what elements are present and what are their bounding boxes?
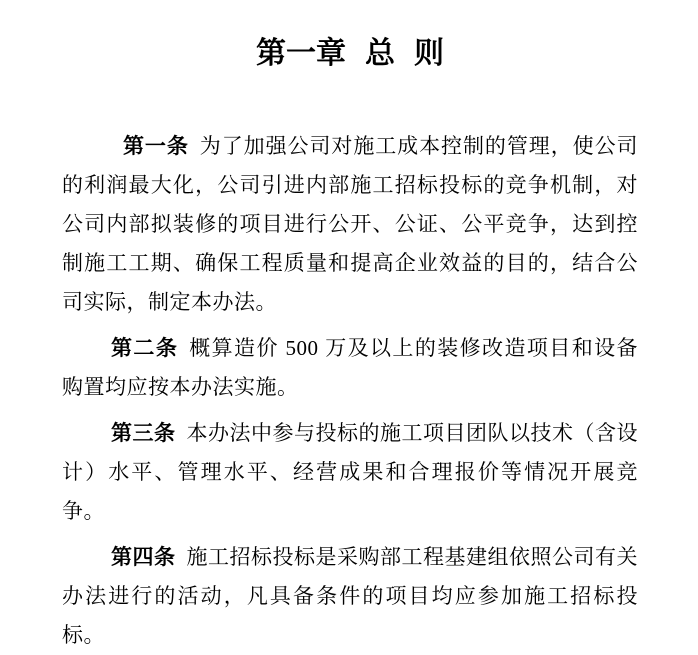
paragraph-article-3: 第三条本办法中参与投标的施工项目团队以技术（含设计）水平、管理水平、经营成果和合…: [62, 414, 638, 531]
chapter-title-word-2: 则: [414, 37, 444, 70]
paragraph-article-1: 第一条为了加强公司对施工成本控制的管理，使公司的利润最大化，公司引进内部施工招标…: [62, 127, 638, 322]
article-4-label: 第四条: [111, 545, 176, 569]
paragraph-article-2: 第二条概算造价 500 万及以上的装修改造项目和设备购置均应按本办法实施。: [62, 329, 638, 407]
paragraph-article-4: 第四条施工招标投标是采购部工程基建组依照公司有关办法进行的活动，凡具备条件的项目…: [62, 538, 638, 655]
article-1-label: 第一条: [123, 134, 189, 158]
article-3-label: 第三条: [111, 421, 176, 445]
chapter-title-word-1: 总: [365, 37, 395, 70]
article-2-label: 第二条: [111, 336, 178, 360]
chapter-title: 第一章总则: [62, 28, 638, 72]
document-page: 第一章总则 第一条为了加强公司对施工成本控制的管理，使公司的利润最大化，公司引进…: [0, 0, 698, 655]
article-1-text: 为了加强公司对施工成本控制的管理，使公司的利润最大化，公司引进内部施工招标投标的…: [62, 134, 638, 314]
chapter-title-number: 第一章: [256, 37, 346, 70]
